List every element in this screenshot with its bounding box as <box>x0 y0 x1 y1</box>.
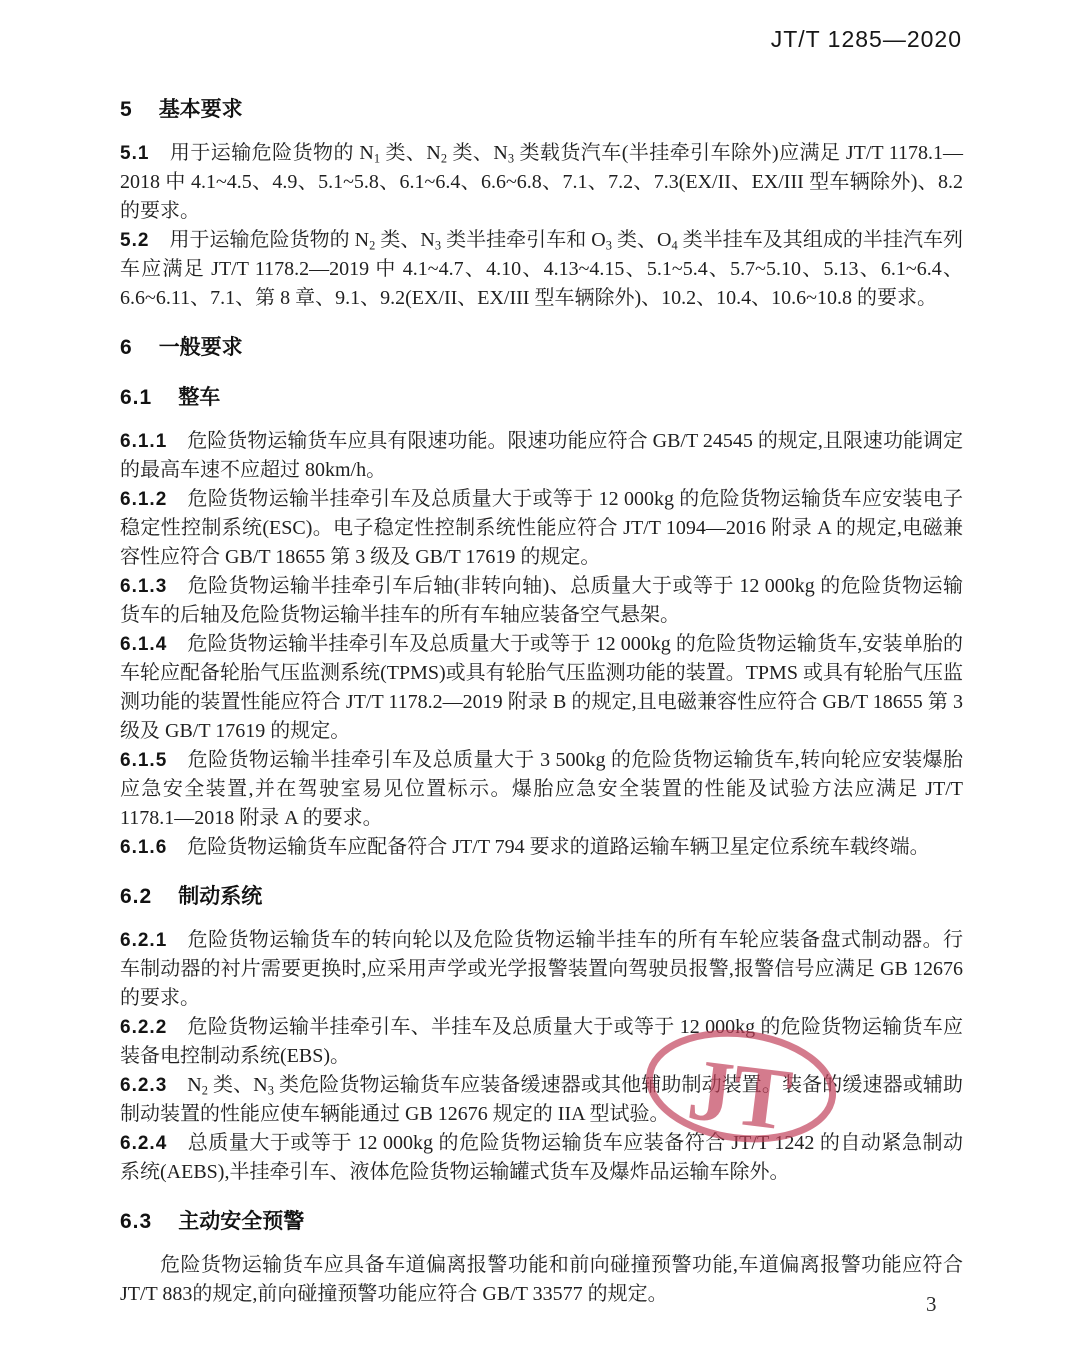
clause-6-2-4: 6.2.4总质量大于或等于 12 000kg 的危险货物运输货车应装备符合 JT… <box>120 1129 963 1187</box>
clause-number: 6.2.3 <box>120 1075 167 1096</box>
section-number: 6.2 <box>120 885 152 908</box>
document-content: 5基本要求 5.1用于运输危险货物的 N1 类、N2 类、N3 类载货汽车(半挂… <box>120 95 963 1309</box>
clause-text: 危险货物运输半挂牵引车及总质量大于或等于 12 000kg 的危险货物运输货车,… <box>120 633 963 742</box>
clause-6-1-6: 6.1.6危险货物运输货车应配备符合 JT/T 794 要求的道路运输车辆卫星定… <box>120 833 963 862</box>
section-number: 6 <box>120 336 133 359</box>
clause-text: 用于运输危险货物的 N1 类、N2 类、N3 类载货汽车(半挂牵引车除外)应满足… <box>120 142 963 222</box>
section-6-heading: 6一般要求 <box>120 333 963 363</box>
clause-6-1-4: 6.1.4危险货物运输半挂牵引车及总质量大于或等于 12 000kg 的危险货物… <box>120 630 963 746</box>
clause-5-2: 5.2用于运输危险货物的 N2 类、N3 类半挂牵引车和 O3 类、O4 类半挂… <box>120 226 963 313</box>
paragraph-6-3: 危险货物运输货车应具备车道偏离报警功能和前向碰撞预警功能,车道偏离报警功能应符合… <box>120 1251 963 1309</box>
document-page: JT/T 1285—2020 5基本要求 5.1用于运输危险货物的 N1 类、N… <box>0 0 1080 1349</box>
clause-number: 6.1.1 <box>120 431 167 452</box>
clause-text: 危险货物运输半挂牵引车及总质量大于或等于 12 000kg 的危险货物运输货车应… <box>120 488 963 568</box>
clause-text: N2 类、N3 类危险货物运输货车应装备缓速器或其他辅助制动装置。装备的缓速器或… <box>120 1074 963 1125</box>
section-6-3-heading: 6.3主动安全预警 <box>120 1207 963 1237</box>
clause-number: 5.1 <box>120 143 149 164</box>
clause-number: 6.1.5 <box>120 750 167 771</box>
clause-6-2-1: 6.2.1危险货物运输货车的转向轮以及危险货物运输半挂车的所有车轮应装备盘式制动… <box>120 926 963 1013</box>
section-title: 制动系统 <box>178 885 262 908</box>
section-title: 一般要求 <box>159 336 243 359</box>
clause-text: 危险货物运输货车应具有限速功能。限速功能应符合 GB/T 24545 的规定,且… <box>120 430 963 481</box>
clause-number: 6.2.4 <box>120 1133 167 1154</box>
clause-6-2-2: 6.2.2危险货物运输半挂牵引车、半挂车及总质量大于或等于 12 000kg 的… <box>120 1013 963 1071</box>
clause-5-1: 5.1用于运输危险货物的 N1 类、N2 类、N3 类载货汽车(半挂牵引车除外)… <box>120 139 963 226</box>
clause-text: 危险货物运输货车的转向轮以及危险货物运输半挂车的所有车轮应装备盘式制动器。行车制… <box>120 929 963 1009</box>
section-6-1-heading: 6.1整车 <box>120 383 963 413</box>
section-number: 6.1 <box>120 386 152 409</box>
clause-number: 6.1.6 <box>120 837 167 858</box>
section-5-heading: 5基本要求 <box>120 95 963 125</box>
clause-text: 危险货物运输半挂牵引车及总质量大于 3 500kg 的危险货物运输货车,转向轮应… <box>120 749 963 829</box>
clause-6-2-3: 6.2.3N2 类、N3 类危险货物运输货车应装备缓速器或其他辅助制动装置。装备… <box>120 1071 963 1129</box>
clause-text: 危险货物运输半挂牵引车、半挂车及总质量大于或等于 12 000kg 的危险货物运… <box>120 1016 963 1067</box>
clause-number: 6.1.2 <box>120 489 167 510</box>
section-number: 6.3 <box>120 1210 152 1233</box>
section-title: 主动安全预警 <box>178 1210 304 1233</box>
clause-text: 总质量大于或等于 12 000kg 的危险货物运输货车应装备符合 JT/T 12… <box>120 1132 963 1183</box>
clause-6-1-1: 6.1.1危险货物运输货车应具有限速功能。限速功能应符合 GB/T 24545 … <box>120 427 963 485</box>
section-number: 5 <box>120 98 133 121</box>
section-title: 基本要求 <box>159 98 243 121</box>
clause-text: 危险货物运输货车应配备符合 JT/T 794 要求的道路运输车辆卫星定位系统车载… <box>187 836 929 858</box>
clause-6-1-3: 6.1.3危险货物运输半挂牵引车后轴(非转向轴)、总质量大于或等于 12 000… <box>120 572 963 630</box>
section-title: 整车 <box>178 386 220 409</box>
clause-number: 6.2.1 <box>120 930 167 951</box>
section-6-2-heading: 6.2制动系统 <box>120 882 963 912</box>
clause-text: 用于运输危险货物的 N2 类、N3 类半挂牵引车和 O3 类、O4 类半挂车及其… <box>120 229 963 309</box>
clause-number: 5.2 <box>120 230 149 251</box>
clause-number: 6.2.2 <box>120 1017 167 1038</box>
clause-text: 危险货物运输半挂牵引车后轴(非转向轴)、总质量大于或等于 12 000kg 的危… <box>120 575 963 626</box>
clause-number: 6.1.3 <box>120 576 167 597</box>
page-number: 3 <box>926 1292 937 1317</box>
clause-6-1-5: 6.1.5危险货物运输半挂牵引车及总质量大于 3 500kg 的危险货物运输货车… <box>120 746 963 833</box>
clause-number: 6.1.4 <box>120 634 167 655</box>
header-standard-code: JT/T 1285—2020 <box>771 26 962 53</box>
clause-6-1-2: 6.1.2危险货物运输半挂牵引车及总质量大于或等于 12 000kg 的危险货物… <box>120 485 963 572</box>
